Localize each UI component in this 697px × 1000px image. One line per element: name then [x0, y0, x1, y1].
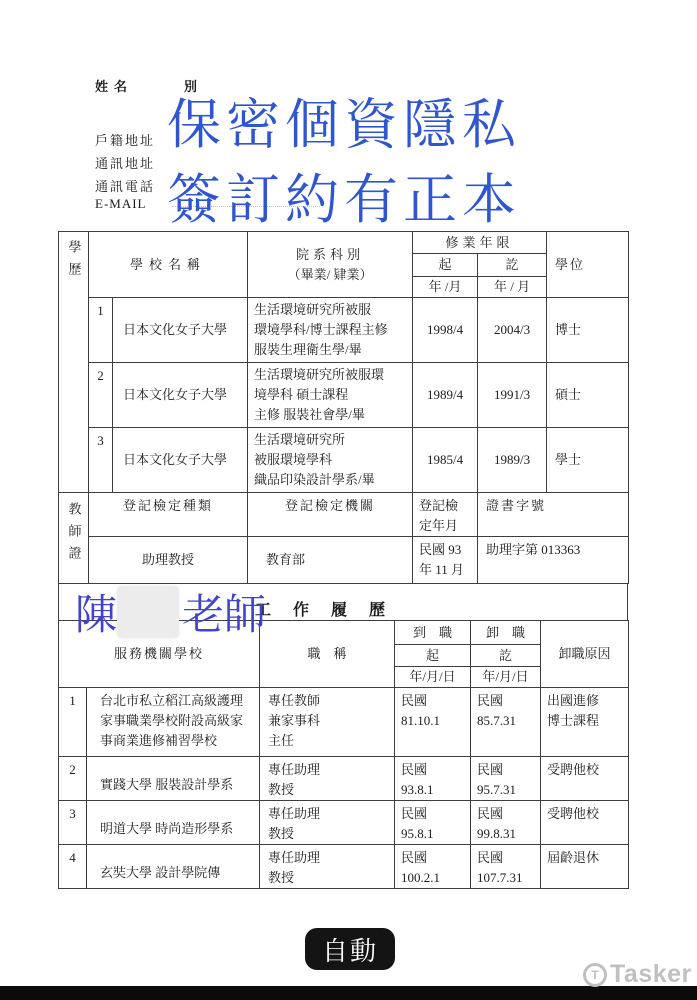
- work-row-org: 玄奘大學 設計學院傳: [87, 845, 260, 889]
- work-row-position: 專任助理教授: [260, 801, 395, 845]
- edu-row-start: 1985/4: [413, 428, 478, 493]
- tasker-logo-icon: T: [583, 963, 607, 987]
- edu-row-department: 生活環境研究所被服環境學科織品印染設計學系/畢: [248, 428, 413, 493]
- education-row: 2 日本文化女子大學 生活環境研究所被服環境學科 碩士課程主修 服裝社會學/畢 …: [59, 363, 629, 428]
- teacher-name-suffix: 老師: [182, 582, 266, 642]
- edu-row-degree: 學士: [547, 428, 629, 493]
- work-row-number: 3: [59, 801, 87, 845]
- work-start-header: 起: [395, 645, 471, 667]
- work-row-org: 明道大學 時尚造形學系: [87, 801, 260, 845]
- work-row: 3 明道大學 時尚造形學系 專任助理教授 民國95.8.1 民國99.8.31 …: [59, 801, 629, 845]
- edu-row-end: 2004/3: [478, 298, 547, 363]
- end-unit-header: 年 / 月: [478, 277, 547, 298]
- work-row-number: 1: [59, 688, 87, 757]
- work-row-end: 民國107.7.31: [471, 845, 541, 889]
- registered-address-label: 戶籍地址: [95, 130, 155, 149]
- work-end-unit: 年/月/日: [471, 667, 541, 688]
- scan-preview-screen: 姓名 別 戶籍地址 通訊地址 通訊電話 E-MAIL 保密個資隱私 簽訂約有正本…: [0, 0, 697, 1000]
- edu-row-start: 1998/4: [413, 298, 478, 363]
- work-start-group-header: 到 職: [395, 621, 471, 645]
- work-reason-header: 卸職原因: [541, 621, 629, 688]
- cert-number-header: 證書字號: [478, 493, 629, 537]
- work-row: 2 實踐大學 服裝設計學系 專任助理教授 民國93.8.1 民國95.7.31 …: [59, 757, 629, 801]
- work-row: 1 台北市私立稻江高級護理家事職業學校附設高級家事商業進修補習學校 專任教師兼家…: [59, 688, 629, 757]
- work-position-header: 職 稱: [260, 621, 395, 688]
- mailing-address-label: 通訊地址: [95, 153, 155, 172]
- edu-row-end: 1989/3: [478, 428, 547, 493]
- start-header: 起: [413, 254, 478, 277]
- edu-row-start: 1989/4: [413, 363, 478, 428]
- work-row-position: 專任助理教授: [260, 845, 395, 889]
- email-label: E-MAIL: [95, 196, 147, 212]
- work-row-number: 4: [59, 845, 87, 889]
- work-row-org: 台北市私立稻江高級護理家事職業學校附設高級家事商業進修補習學校: [87, 688, 260, 757]
- education-section-label: 學歷: [59, 232, 89, 493]
- education-table: 學歷 學校名稱 院系科別 （畢業/ 肄業） 修業年限 學位 起 訖 年 /月 年…: [58, 231, 629, 584]
- work-row-end: 民國95.7.31: [471, 757, 541, 801]
- work-row-start: 民國93.8.1: [395, 757, 471, 801]
- privacy-overlay-line2: 簽訂約有正本: [167, 157, 521, 234]
- edu-row-school: 日本文化女子大學: [113, 428, 248, 493]
- edu-row-number: 1: [89, 298, 113, 363]
- cert-number-value: 助理字第 013363: [478, 537, 629, 584]
- teacher-cert-section-label: 教師證: [59, 493, 89, 584]
- work-row-position: 專任助理教授: [260, 757, 395, 801]
- cert-kind-header: 登記檢定種類: [89, 493, 248, 537]
- work-history-title: 工 作 履 歷: [255, 597, 388, 620]
- tasker-watermark: T Tasker: [583, 960, 692, 989]
- work-history-table: 服務機關學校 職 稱 到 職 卸 職 卸職原因 起 訖 年/月/日 年/月/日 …: [58, 620, 629, 889]
- cert-kind-value: 助理教授: [89, 537, 248, 584]
- edu-row-degree: 碩士: [547, 363, 629, 428]
- work-row-end: 民國99.8.31: [471, 801, 541, 845]
- work-row-reason: 受聘他校: [541, 801, 629, 845]
- edu-row-degree: 博士: [547, 298, 629, 363]
- work-row-position: 專任教師兼家事科主任: [260, 688, 395, 757]
- edu-row-department: 生活環境研究所被服環境學科 碩士課程主修 服裝社會學/畢: [248, 363, 413, 428]
- work-row-start: 民國95.8.1: [395, 801, 471, 845]
- edu-row-school: 日本文化女子大學: [113, 363, 248, 428]
- work-row-reason: 受聘他校: [541, 757, 629, 801]
- start-unit-header: 年 /月: [413, 277, 478, 298]
- edu-row-number: 2: [89, 363, 113, 428]
- edu-row-end: 1991/3: [478, 363, 547, 428]
- edu-row-department: 生活環境研究所被服環境學科/博士課程主修服裝生理衛生學/畢: [248, 298, 413, 363]
- privacy-overlay-line1: 保密個資隱私: [167, 82, 521, 159]
- education-row: 1 日本文化女子大學 生活環境研究所被服環境學科/博士課程主修服裝生理衛生學/畢…: [59, 298, 629, 363]
- work-row-start: 民國81.10.1: [395, 688, 471, 757]
- work-row: 4 玄奘大學 設計學院傳 專任助理教授 民國100.2.1 民國107.7.31…: [59, 845, 629, 889]
- name-label: 姓名: [95, 76, 133, 95]
- edu-row-number: 3: [89, 428, 113, 493]
- work-row-reason: 屆齡退休: [541, 845, 629, 889]
- cert-agency-value: 教育部: [248, 537, 413, 584]
- education-row: 3 日本文化女子大學 生活環境研究所被服環境學科織品印染設計學系/畢 1985/…: [59, 428, 629, 493]
- redacted-name-box: [117, 586, 179, 638]
- work-end-group-header: 卸 職: [471, 621, 541, 645]
- end-header: 訖: [478, 254, 547, 277]
- school-name-header: 學校名稱: [89, 232, 248, 298]
- cert-date-header: 登記檢定年月: [413, 493, 478, 537]
- work-row-number: 2: [59, 757, 87, 801]
- tasker-watermark-text: Tasker: [610, 960, 692, 989]
- work-row-start: 民國100.2.1: [395, 845, 471, 889]
- auto-capture-button[interactable]: 自動: [305, 928, 395, 970]
- work-end-header: 訖: [471, 645, 541, 667]
- work-row-reason: 出國進修博士課程: [541, 688, 629, 757]
- teacher-name-prefix: 陳: [75, 582, 117, 642]
- work-start-unit: 年/月/日: [395, 667, 471, 688]
- degree-header: 學位: [547, 232, 629, 298]
- cert-agency-header: 登記檢定機關: [248, 493, 413, 537]
- study-duration-header: 修業年限: [413, 232, 547, 254]
- work-row-end: 民國85.7.31: [471, 688, 541, 757]
- edu-row-school: 日本文化女子大學: [113, 298, 248, 363]
- cert-date-value: 民國 93年 11 月: [413, 537, 478, 584]
- department-header: 院系科別 （畢業/ 肄業）: [248, 232, 413, 298]
- phone-label: 通訊電話: [95, 176, 155, 195]
- work-row-org: 實踐大學 服裝設計學系: [87, 757, 260, 801]
